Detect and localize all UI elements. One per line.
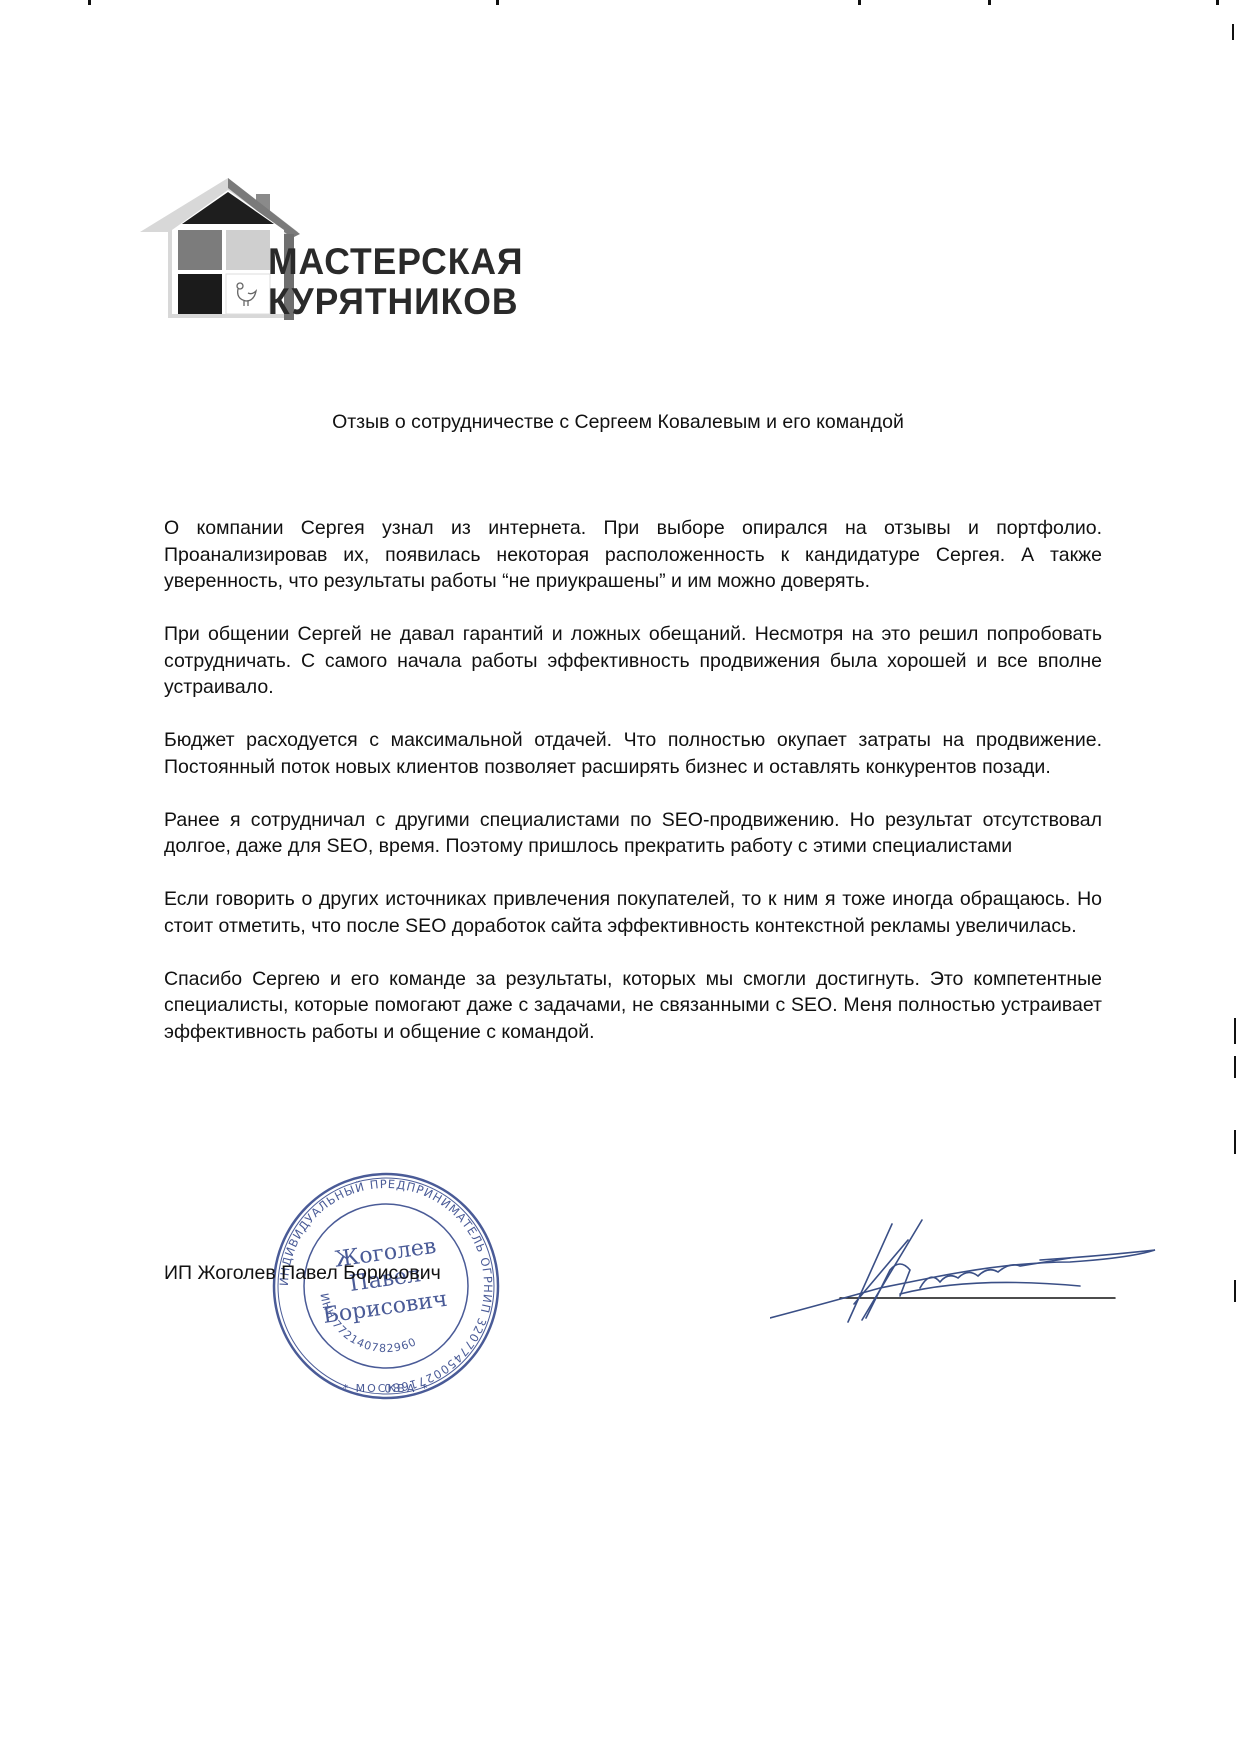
signer-name: ИП Жоголев Павел Борисович (164, 1262, 441, 1285)
stamp-center-line: Борисович (321, 1287, 449, 1329)
stamp-city-text: * МОСКВА * (343, 1382, 430, 1395)
scan-mark (496, 0, 499, 5)
paragraph: О компании Сергея узнал из интернета. Пр… (164, 515, 1102, 595)
company-stamp: ИНДИВИДУАЛЬНЫЙ ПРЕДПРИНИМАТЕЛЬ ОГРНИП 32… (270, 1170, 502, 1402)
paragraph: Если говорить о других источниках привле… (164, 886, 1102, 939)
paragraph: Ранее я сотрудничал с другими специалист… (164, 807, 1102, 860)
handwritten-signature (770, 1200, 1170, 1340)
company-logo: МАСТЕРСКАЯ КУРЯТНИКОВ (138, 172, 538, 322)
scan-mark (988, 0, 991, 5)
paragraph: При общении Сергей не давал гарантий и л… (164, 621, 1102, 701)
document-body: О компании Сергея узнал из интернета. Пр… (164, 515, 1102, 1072)
paragraph: Бюджет расходуется с максимальной отдаче… (164, 727, 1102, 780)
logo-line-1: МАСТЕРСКАЯ (268, 242, 523, 282)
scan-mark (88, 0, 91, 5)
scan-mark (1232, 24, 1234, 40)
scan-mark (858, 0, 861, 5)
document-title: Отзыв о сотрудничестве с Сергеем Ковалев… (0, 411, 1236, 434)
paragraph: Спасибо Сергею и его команде за результа… (164, 966, 1102, 1046)
scan-mark (1216, 0, 1219, 5)
logo-line-2: КУРЯТНИКОВ (268, 282, 523, 322)
